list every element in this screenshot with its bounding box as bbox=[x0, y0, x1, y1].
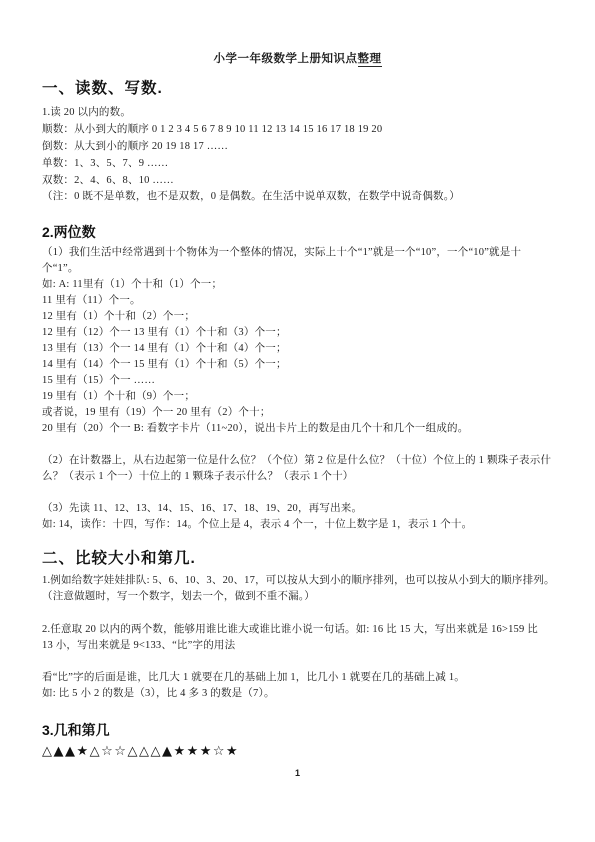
section-3-body: 1.例如给数字娃娃排队: 5、6、10、3、20、17，可以按从大到小的顺序排列… bbox=[42, 573, 553, 703]
text-line: 13 小，写出来就是 9<133、“比”字的用法 bbox=[42, 638, 553, 654]
document-title: 小学一年级数学上册知识点整理 bbox=[42, 0, 553, 66]
text-line: 顺数：从小到大的顺序 0 1 2 3 4 5 6 7 8 9 10 11 12 … bbox=[42, 122, 553, 139]
text-line: （2）在计数器上，从右边起第一位是什么位？（个位）第 2 位是什么位？（十位）个… bbox=[42, 453, 553, 469]
blank-line bbox=[42, 437, 553, 453]
text-line: 12 里有（1）个十和（2）个一； bbox=[42, 309, 553, 325]
shapes-symbol-line: △▲▲★△☆☆△△△▲★★★☆★ bbox=[42, 743, 553, 761]
text-line: 11 里有（11）个一。 bbox=[42, 293, 553, 309]
blank-line bbox=[42, 654, 553, 670]
blank-line bbox=[42, 605, 553, 621]
text-line: （注意做题时，写一个数字，划去一个，做到不重不漏。） bbox=[42, 589, 553, 605]
section-heading-4: 3.几和第几 bbox=[42, 722, 553, 740]
text-line: 2.任意取 20 以内的两个数，能够用谁比谁大或谁比谁小说一句话。如: 16 比… bbox=[42, 622, 553, 638]
text-line: 13 里有（13）个一 14 里有（1）个十和（4）个一； bbox=[42, 341, 553, 357]
text-line: 12 里有（12）个一 13 里有（1）个十和（3）个一； bbox=[42, 325, 553, 341]
text-line: （3）先读 11、12、13、14、15、16、17、18、19、20，再写出来… bbox=[42, 501, 553, 517]
document-page: 小学一年级数学上册知识点整理 一、读数、写数. 1.读 20 以内的数。 顺数：… bbox=[0, 0, 595, 842]
document-title-main: 小学一年级数学上册知识点 bbox=[214, 53, 358, 65]
section-heading-1: 一、读数、写数. bbox=[42, 79, 553, 98]
text-line: 或者说，19 里有（19）个一 20 里有（2）个十； bbox=[42, 405, 553, 421]
blank-line bbox=[42, 485, 553, 501]
text-line: 如: A: 11里有（1）个十和（1）个一； bbox=[42, 277, 553, 293]
text-line: （注：0 既不是单数，也不是双数，0 是偶数。在生活中说单双数，在数学中说奇偶数… bbox=[42, 189, 553, 206]
document-content: 小学一年级数学上册知识点整理 一、读数、写数. 1.读 20 以内的数。 顺数：… bbox=[0, 0, 595, 761]
text-line: 15 里有（15）个一 …… bbox=[42, 373, 553, 389]
text-line: 看“比”字的后面是谁，比几大 1 就要在几的基础上加 1，比几小 1 就要在几的… bbox=[42, 670, 553, 686]
text-line: 14 里有（14）个一 15 里有（1）个十和（5）个一； bbox=[42, 357, 553, 373]
text-line: 双数：2、4、6、8、10 …… bbox=[42, 173, 553, 190]
section-heading-3: 二、比较大小和第几. bbox=[42, 549, 553, 568]
text-line: 如: 14，读作：十四，写作：14。个位上是 4，表示 4 个一，十位上数字是 … bbox=[42, 517, 553, 533]
text-line: （1）我们生活中经常遇到十个物体为一个整体的情况，实际上十个“1”就是一个“10… bbox=[42, 245, 553, 261]
text-line: 如: 比 5 小 2 的数是（3），比 4 多 3 的数是（7）。 bbox=[42, 686, 553, 702]
text-line: 倒数：从大到小的顺序 20 19 18 17 …… bbox=[42, 139, 553, 156]
text-line: 么？（表示 1 个一）十位上的 1 颗珠子表示什么？（表示 1 个十） bbox=[42, 469, 553, 485]
text-line: 19 里有（1）个十和（9）个一； bbox=[42, 389, 553, 405]
text-line: 个“1”。 bbox=[42, 261, 553, 277]
text-line: 1.例如给数字娃娃排队: 5、6、10、3、20、17，可以按从大到小的顺序排列… bbox=[42, 573, 553, 589]
section-heading-2: 2.两位数 bbox=[42, 224, 553, 242]
page-number: 1 bbox=[0, 768, 595, 778]
text-line: 20 里有（20）个一 B: 看数字卡片（11~20），说出卡片上的数是由几个十… bbox=[42, 421, 553, 437]
document-title-underlined: 整理 bbox=[358, 53, 382, 67]
text-line: 单数：1、3、5、7、9 …… bbox=[42, 156, 553, 173]
section-2-body: （1）我们生活中经常遇到十个物体为一个整体的情况，实际上十个“1”就是一个“10… bbox=[42, 245, 553, 533]
text-line: 1.读 20 以内的数。 bbox=[42, 105, 553, 122]
section-4-body: △▲▲★△☆☆△△△▲★★★☆★ bbox=[42, 743, 553, 761]
section-1-body: 1.读 20 以内的数。 顺数：从小到大的顺序 0 1 2 3 4 5 6 7 … bbox=[42, 105, 553, 206]
